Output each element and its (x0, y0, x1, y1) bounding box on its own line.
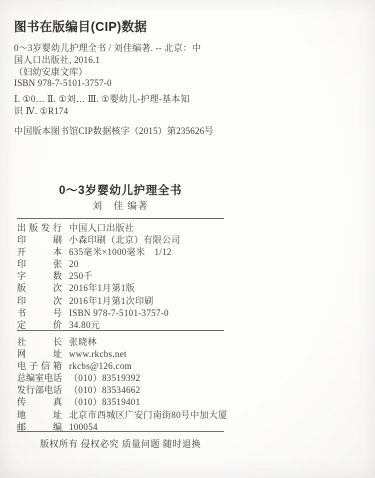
publication-info-row: 开本 635毫米×1000毫米 1/12 (17, 246, 357, 258)
info-row-label: 字数 (17, 270, 62, 282)
info-row-label: 印张 (17, 258, 62, 270)
info-row-label: 网址 (17, 348, 62, 360)
info-row-label: 印次 (17, 295, 62, 307)
scanned-copyright-page: 图书在版编目(CIP)数据 0～3岁婴幼儿护理全书 / 刘佳编著. -- 北京：… (0, 0, 375, 478)
contact-info-row: 网址 www.rkcbs.net (17, 348, 357, 360)
publication-info-row: 书号 ISBN 978-7-5101-3757-0 (17, 307, 357, 319)
info-row-value: ISBN 978-7-5101-3757-0 (69, 307, 169, 319)
info-row-label: 版次 (17, 282, 62, 294)
publication-info-row: 字数 250千 (17, 270, 357, 282)
info-row-value: 250千 (69, 270, 93, 282)
contact-info-list: 社长 张晓林 网址 www.rkcbs.net 电子信箱 rkcbs@126.c… (17, 336, 357, 433)
cip-classification: Ⅰ. ①0… Ⅱ. ①刘… Ⅲ. ①婴幼儿-护理-基本知 识 Ⅳ. ①R174 (14, 94, 250, 118)
publication-info-row: 印刷 小森印刷（北京）有限公司 (17, 234, 357, 246)
info-row-label: 邮编 (17, 421, 62, 433)
info-row-label: 地址 (17, 409, 62, 421)
info-row-label: 社长 (17, 336, 62, 348)
publication-info-row: 出版发行 中国人口出版社 (17, 222, 357, 234)
info-row-value: （010）83519401 (69, 396, 140, 408)
cip-classification-line: 识 Ⅳ. ①R174 (14, 106, 250, 118)
info-row-value: 635毫米×1000毫米 1/12 (69, 246, 172, 258)
info-row-label: 开本 (17, 246, 62, 258)
divider-top (17, 218, 224, 219)
cip-description-line: 0～3岁婴幼儿护理全书 / 刘佳编著. -- 北京：中 (14, 43, 250, 55)
info-row-value: 北京市西城区广安门南街80号中加大厦 (69, 409, 227, 421)
info-row-label: 出版发行 (17, 222, 62, 234)
info-row-value: rkcbs@126.com (69, 360, 132, 372)
info-row-label: 发行部电话 (17, 384, 62, 396)
info-row-label: 传真 (17, 396, 62, 408)
info-row-value: 100054 (69, 421, 98, 433)
info-row-value: 张晓林 (69, 336, 97, 348)
contact-info-row: 总编室电话 （010）83519392 (17, 372, 357, 384)
publication-info-row: 版次 2016年1月第1版 (17, 282, 357, 294)
cip-classification-line: Ⅰ. ①0… Ⅱ. ①刘… Ⅲ. ①婴幼儿-护理-基本知 (14, 94, 250, 106)
book-author: 刘 佳 编著 (17, 201, 224, 213)
info-row-value: （010）83519392 (69, 372, 140, 384)
cip-description-line: ISBN 978-7-5101-3757-0 (14, 78, 250, 90)
cip-description-line: （妇幼安康文库） (14, 67, 250, 79)
cip-section: 图书在版编目(CIP)数据 0～3岁婴幼儿护理全书 / 刘佳编著. -- 北京：… (14, 20, 250, 137)
cip-description-line: 国人口出版社, 2016.1 (14, 55, 250, 67)
title-section: 0～3岁婴幼儿护理全书 刘 佳 编著 (17, 185, 224, 213)
info-row-value: 34.80元 (69, 319, 100, 331)
copyright-notice: 版权所有 侵权必究 质量问题 随时退换 (17, 438, 224, 450)
info-row-value: 2016年1月第1次印刷 (69, 295, 154, 307)
info-row-value: 20 (69, 258, 79, 270)
info-row-value: 2016年1月第1版 (69, 282, 135, 294)
book-title: 0～3岁婴幼儿护理全书 (17, 185, 224, 198)
info-row-label: 电子信箱 (17, 360, 62, 372)
contact-info-row: 社长 张晓林 (17, 336, 357, 348)
info-row-label: 书号 (17, 307, 62, 319)
info-row-label: 定价 (17, 319, 62, 331)
cip-record-number: 中国版本图书馆CIP数据核字（2015）第235626号 (14, 125, 250, 137)
info-row-value: （010）83534662 (69, 384, 140, 396)
info-row-value: 中国人口出版社 (69, 222, 134, 234)
info-row-label: 总编室电话 (17, 372, 62, 384)
cip-description: 0～3岁婴幼儿护理全书 / 刘佳编著. -- 北京：中 国人口出版社, 2016… (14, 43, 250, 90)
contact-info-row: 地址 北京市西城区广安门南街80号中加大厦 (17, 409, 357, 421)
contact-info-row: 电子信箱 rkcbs@126.com (17, 360, 357, 372)
info-row-value: www.rkcbs.net (69, 348, 127, 360)
publication-info-row: 印张 20 (17, 258, 357, 270)
publication-info-list: 出版发行 中国人口出版社 印刷 小森印刷（北京）有限公司 开本 635毫米×10… (17, 222, 357, 331)
info-row-value: 小森印刷（北京）有限公司 (69, 234, 181, 246)
cip-header: 图书在版编目(CIP)数据 (14, 20, 250, 34)
publication-info-row: 印次 2016年1月第1次印刷 (17, 295, 357, 307)
info-row-label: 印刷 (17, 234, 62, 246)
publication-info-row: 定价 34.80元 (17, 319, 357, 331)
contact-info-row: 发行部电话 （010）83534662 (17, 384, 357, 396)
contact-info-row: 邮编 100054 (17, 421, 357, 433)
contact-info-row: 传真 （010）83519401 (17, 396, 357, 408)
